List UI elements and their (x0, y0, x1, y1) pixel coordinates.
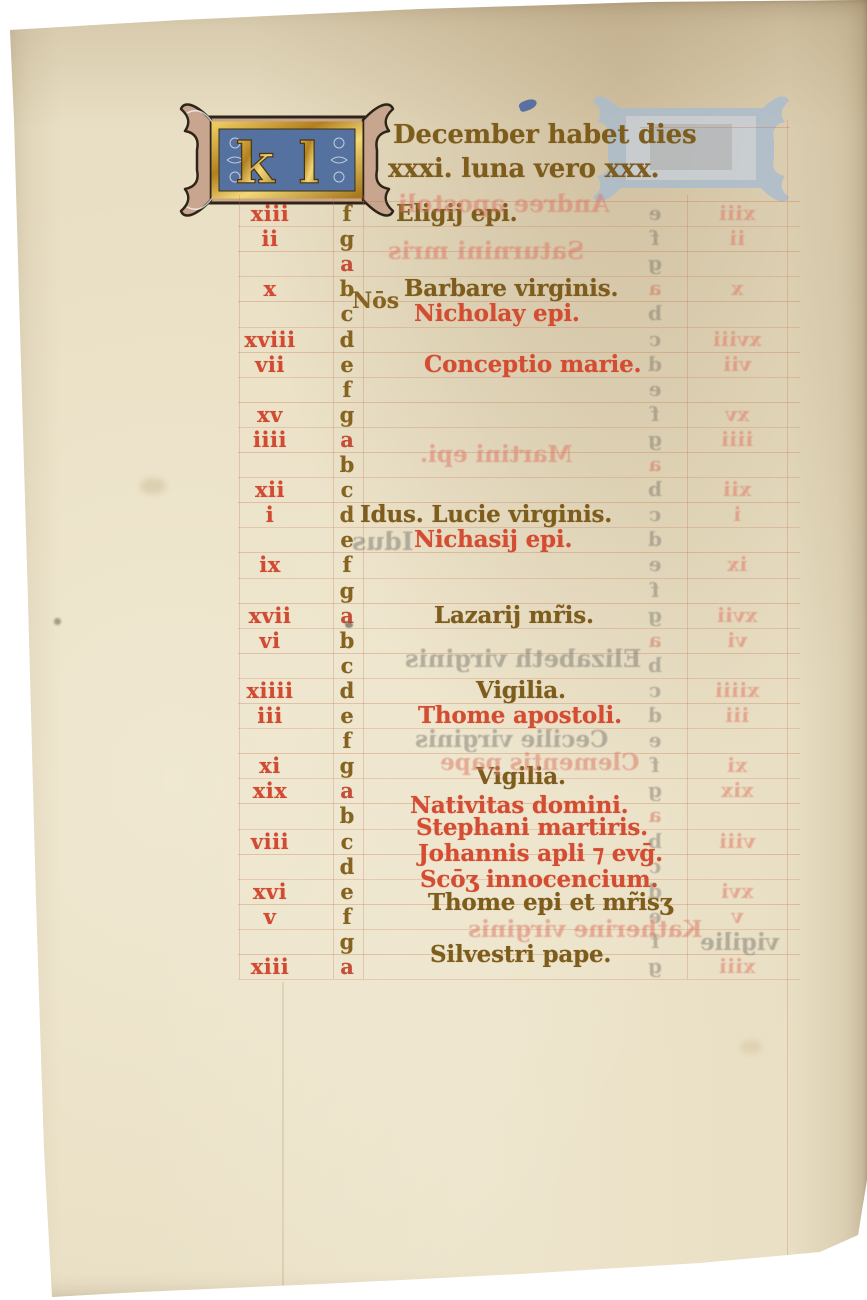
golden-number: xiii (228, 954, 312, 979)
calendar-row: idIdus. Lucie virginis.ci (0, 502, 867, 527)
ghost-golden-number: ii (694, 226, 780, 251)
calendar-row: xiiiidVigilia.cxiiii (0, 678, 867, 703)
dominical-letter: d (328, 854, 366, 879)
golden-number: iii (228, 703, 312, 728)
dominical-letter: e (328, 879, 366, 904)
feast-entry: Nichasij epi. (414, 527, 572, 552)
dominical-letter: d (328, 678, 366, 703)
dominical-letter: e (328, 703, 366, 728)
ghost-dominical-letter: g (640, 603, 670, 628)
dominical-letter: g (328, 578, 366, 603)
ghost-golden-number: vi (694, 628, 780, 653)
month-header-line1: December habet dies (393, 120, 696, 150)
ghost-dominical-letter: e (640, 201, 670, 226)
ghost-golden-number: x (694, 276, 780, 301)
ghost-golden-number: xix (694, 778, 780, 803)
golden-number: ix (228, 552, 312, 577)
feast-entry: Vigilia. (476, 678, 566, 703)
golden-number: xiii (228, 201, 312, 226)
ghost-dominical-letter: f (640, 226, 670, 251)
golden-number: viii (228, 829, 312, 854)
dominical-letter: g (328, 929, 366, 954)
dominical-letter: g (328, 402, 366, 427)
dominical-letter: b (328, 452, 366, 477)
calendar-row: xviiidcxviii (0, 327, 867, 352)
ghost-dominical-letter: f (640, 753, 670, 778)
ghost-golden-number: xv (694, 402, 780, 427)
stain (740, 1040, 762, 1054)
ghost-dominical-letter: e (640, 728, 670, 753)
ghost-dominical-letter: a (640, 276, 670, 301)
golden-number: xviii (228, 327, 312, 352)
calendar-row: fe (0, 377, 867, 402)
dominical-letter: e (328, 352, 366, 377)
ghost-golden-number: xvi (694, 879, 780, 904)
ghost-dominical-letter: c (640, 502, 670, 527)
feast-entry: Lazarij mr̃is. (434, 603, 594, 628)
month-header-line2: xxxi. luna vero xxx. (388, 154, 659, 184)
ghost-golden-number: iii (694, 703, 780, 728)
kl-left-horn (181, 104, 211, 215)
fold-line (282, 982, 284, 1292)
ghost-golden-number: xi (694, 753, 780, 778)
ghost-golden-number: ix (694, 552, 780, 577)
feast-entry: Silvestri pape. (430, 942, 611, 967)
dominical-letter: f (328, 201, 366, 226)
ghost-dominical-letter: g (640, 251, 670, 276)
ghost-text-line: Idus (352, 527, 413, 556)
golden-number: xvii (228, 603, 312, 628)
dominical-letter: f (328, 728, 366, 753)
golden-number: vii (228, 352, 312, 377)
stain (54, 618, 61, 625)
ghost-dominical-letter: b (640, 477, 670, 502)
golden-number: i (228, 502, 312, 527)
ghost-text-line: Saturnini mris (388, 236, 584, 265)
feast-entry: Thome epi et mr̃isʒ (428, 890, 672, 915)
ghost-dominical-letter: c (640, 678, 670, 703)
golden-number: xvi (228, 879, 312, 904)
golden-number: ii (228, 226, 312, 251)
calendar-row: iiieThome apostoli.diii (0, 703, 867, 728)
ghost-dominical-letter: d (640, 352, 670, 377)
dominical-letter: a (328, 954, 366, 979)
golden-number: xv (228, 402, 312, 427)
ghost-dominical-letter: a (640, 452, 670, 477)
ghost-dominical-letter: g (640, 954, 670, 979)
dominical-letter: c (328, 477, 366, 502)
ghost-dominical-letter: b (640, 653, 670, 678)
calendar-row: gf (0, 578, 867, 603)
ghost-text-line: vigilie (700, 929, 779, 956)
ruled-line-horizontal (640, 127, 790, 128)
ghost-dominical-letter: e (640, 552, 670, 577)
calendar-row: xbBarbare virginis.ax (0, 276, 867, 301)
ghost-text-line: Clementis pape (440, 749, 639, 776)
feast-entry: Conceptio marie. (424, 352, 641, 377)
manuscript-photo: k l December habet dies xxxi. luna vero … (0, 0, 867, 1300)
ghost-golden-number: v (694, 904, 780, 929)
calendar-row: viieConceptio marie.dvii (0, 352, 867, 377)
dominical-letter: b (328, 803, 366, 828)
manuscript-leaf: k l December habet dies xxxi. luna vero … (0, 0, 867, 1300)
ghost-dominical-letter: g (640, 427, 670, 452)
calendar-row: cNōsNicholay epi.b (0, 301, 867, 326)
golden-number: xiiii (228, 678, 312, 703)
ghost-dominical-letter: e (640, 377, 670, 402)
golden-number: iiii (228, 427, 312, 452)
ghost-golden-number: xii (694, 477, 780, 502)
dominical-letter: g (328, 226, 366, 251)
ghost-golden-number: iiii (694, 427, 780, 452)
dominical-letter: c (328, 653, 366, 678)
ghost-golden-number: xviii (694, 327, 780, 352)
feast-entry: Scōʒ innocencium. (420, 867, 658, 892)
dominical-letter: a (328, 251, 366, 276)
feast-entry: Barbare virginis. (404, 276, 618, 301)
ghost-text-line: Martini epi. (420, 441, 573, 468)
ghost-text-line: Andree apostoli (398, 189, 610, 218)
ghost-dominical-letter: d (640, 703, 670, 728)
calendar-row: ixfeix (0, 552, 867, 577)
stain (345, 622, 353, 628)
ghost-golden-number: xiii (694, 201, 780, 226)
calendar-row: xigfxi (0, 753, 867, 778)
calendar-row: eNichasij epi.d (0, 527, 867, 552)
calendar-row: vfThome epi et mr̃isʒev (0, 904, 867, 929)
feast-entry: Johannis apli ⁊ evḡ. (418, 841, 663, 866)
calendar-row: xviiaLazarij mr̃is.gxvii (0, 603, 867, 628)
ghost-dominical-letter: a (640, 628, 670, 653)
feast-entry: Thome apostoli. (418, 703, 622, 728)
ghost-golden-number: i (694, 502, 780, 527)
ghost-golden-number: xiii (694, 954, 780, 979)
nones-marker: Nōs (352, 289, 399, 314)
dominical-letter: c (328, 829, 366, 854)
ghost-dominical-letter: d (640, 527, 670, 552)
stain (140, 478, 166, 494)
feast-entry: Idus. Lucie virginis. (360, 502, 612, 527)
ghost-golden-number: xvii (694, 603, 780, 628)
dominical-letter: f (328, 904, 366, 929)
ruled-line-horizontal (238, 979, 800, 980)
ghost-dominical-letter: b (640, 301, 670, 326)
dominical-letter: d (328, 327, 366, 352)
ghost-golden-number: viii (694, 829, 780, 854)
calendar-row: xvgfxv (0, 402, 867, 427)
ghost-dominical-letter: c (640, 327, 670, 352)
golden-number: xii (228, 477, 312, 502)
ink-speck (518, 97, 538, 113)
kl-letter-l: l (298, 131, 319, 197)
ghost-text-line: Elizabeth virginis (405, 644, 641, 673)
calendar-row: xiiiaSilvestri pape.gxiii (0, 954, 867, 979)
ghost-golden-number: xiiii (694, 678, 780, 703)
dominical-letter: f (328, 552, 366, 577)
golden-number: vi (228, 628, 312, 653)
dominical-letter: a (328, 778, 366, 803)
golden-number: xix (228, 778, 312, 803)
feast-entry: Stephani martiris. (416, 815, 648, 840)
feast-entry: Nicholay epi. (414, 301, 580, 326)
ghost-dominical-letter: g (640, 778, 670, 803)
dominical-letter: a (328, 427, 366, 452)
golden-number: xi (228, 753, 312, 778)
dominical-letter: g (328, 753, 366, 778)
golden-number: x (228, 276, 312, 301)
ghost-golden-number: vii (694, 352, 780, 377)
dominical-letter: f (328, 377, 366, 402)
dominical-letter: b (328, 628, 366, 653)
ghost-dominical-letter: f (640, 578, 670, 603)
ghost-text-line: Katherine virginis (468, 916, 703, 943)
calendar-row: xiicbxii (0, 477, 867, 502)
kl-letter-k: k (236, 131, 276, 197)
golden-number: v (228, 904, 312, 929)
ghost-dominical-letter: f (640, 402, 670, 427)
